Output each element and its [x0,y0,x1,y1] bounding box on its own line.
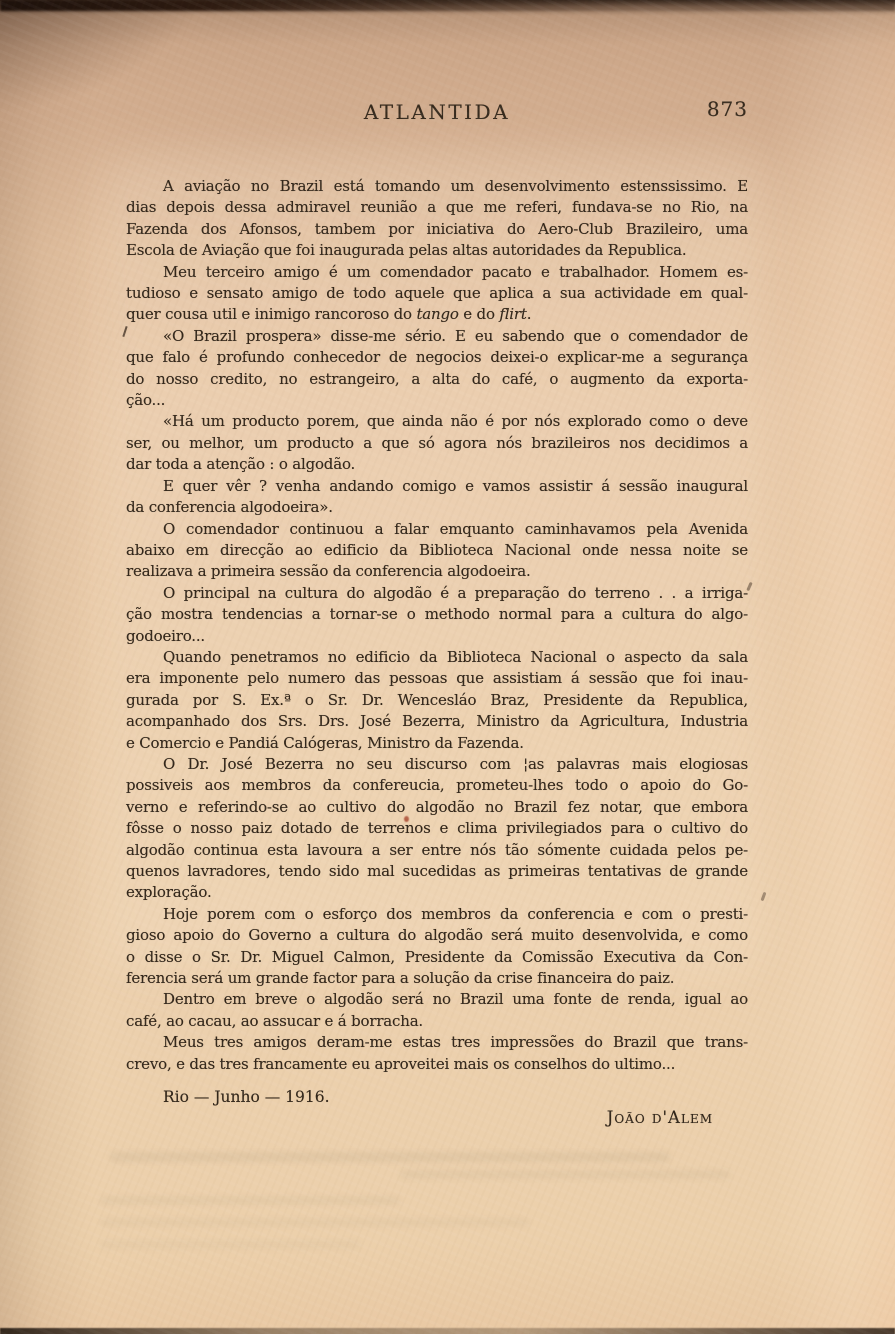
text-segment: gurada por S. Ex.ª o Sr. Dr. Wencesláo B… [126,691,748,709]
text-line: e Comercio e Pandiá Calógeras, Ministro … [126,733,748,754]
text-segment: Fazenda dos Afonsos, tambem por iniciati… [126,220,748,238]
text-segment: quer cousa util e inimigo rancoroso do [126,305,416,323]
text-line: ferencia será um grande factor para a so… [126,968,748,989]
text-segment: . [527,305,532,323]
article-body: A aviação no Brazil está tomando um dese… [126,176,748,1075]
paragraph: «Há um producto porem, que ainda não é p… [126,411,748,475]
text-line: ção... [126,390,748,411]
text-line: «Há um producto porem, que ainda não é p… [126,411,748,432]
text-segment: do nosso credito, no estrangeiro, a alta… [126,370,748,388]
text-line: café, ao cacau, ao assucar e á borracha. [126,1011,748,1032]
journal-title: ATLANTIDA [126,100,748,124]
text-segment: E quer vêr ? venha andando comigo e vamo… [163,477,748,495]
text-line: algodão continua esta lavoura a ser entr… [126,840,748,861]
text-line: gurada por S. Ex.ª o Sr. Dr. Wencesláo B… [126,690,748,711]
text-segment: ção mostra tendencias a tornar-se o meth… [126,605,748,623]
text-segment: e Comercio e Pandiá Calógeras, Ministro … [126,734,524,752]
paragraph: A aviação no Brazil está tomando um dese… [126,176,748,262]
text-segment: O Dr. José Bezerra no seu discurso com ¦… [163,755,748,773]
bleedthrough-smudge [100,1196,400,1205]
text-segment: café, ao cacau, ao assucar e á borracha. [126,1012,423,1030]
text-line: O principal na cultura do algodão é a pr… [126,583,748,604]
text-line: A aviação no Brazil está tomando um dese… [126,176,748,197]
page-scan: ATLANTIDA 873 A aviação no Brazil está t… [0,0,895,1334]
text-segment: ser, ou melhor, um producto a que só ago… [126,434,748,452]
text-line: «O Brazil prospera» disse-me sério. E eu… [126,326,748,347]
dateline: Rio — Junho — 1916. [163,1088,330,1106]
text-segment: o disse o Sr. Dr. Miguel Calmon, Preside… [126,948,748,966]
text-line: acompanhado dos Srs. Drs. José Bezerra, … [126,711,748,732]
paragraph: Quando penetramos no edificio da Bibliot… [126,647,748,754]
text-segment: crevo, e das tres francamente eu aprovei… [126,1055,675,1073]
text-line: O comendador continuou a falar emquanto … [126,519,748,540]
text-line: Escola de Aviação que foi inaugurada pel… [126,240,748,261]
bleedthrough-smudge [100,1218,530,1227]
page-number: 873 [707,97,748,121]
page-header: ATLANTIDA 873 [126,100,748,126]
paragraph: Dentro em breve o algodão será no Brazil… [126,989,748,1032]
text-segment: abaixo em direcção ao edificio da Biblio… [126,541,748,559]
paragraph: «O Brazil prospera» disse-me sério. E eu… [126,326,748,412]
text-segment: exploração. [126,883,212,901]
text-segment: possiveis aos membros da confereucia, pr… [126,776,748,794]
text-segment: O principal na cultura do algodão é a pr… [163,584,748,602]
text-line: tudioso e sensato amigo de todo aquele q… [126,283,748,304]
text-segment: quenos lavradores, tendo sido mal sucedi… [126,862,748,880]
author-signature: João d'Alem [126,1108,713,1127]
text-segment: dar toda a atenção : o algodão. [126,455,355,473]
text-segment: que falo é profundo conhecedor de negoci… [126,348,748,366]
text-line: que falo é profundo conhecedor de negoci… [126,347,748,368]
text-line: ção mostra tendencias a tornar-se o meth… [126,604,748,625]
text-line: dar toda a atenção : o algodão. [126,454,748,475]
text-line: possiveis aos membros da confereucia, pr… [126,775,748,796]
text-segment: Dentro em breve o algodão será no Brazil… [163,990,748,1008]
text-segment: A aviação no Brazil está tomando um dese… [163,177,748,195]
text-line: do nosso credito, no estrangeiro, a alta… [126,369,748,390]
text-segment: Meus tres amigos deram-me estas tres imp… [163,1033,748,1051]
scan-edge-bottom [0,1328,895,1334]
text-line: Fazenda dos Afonsos, tambem por iniciati… [126,219,748,240]
text-segment: da conferencia algodoeira». [126,498,333,516]
text-segment: fôsse o nosso paiz dotado de terrenos e … [126,819,748,837]
text-line: exploração. [126,882,748,903]
text-line: quer cousa util e inimigo rancoroso do t… [126,304,748,325]
text-segment: ção... [126,391,165,409]
italic-text: tango [416,305,458,323]
text-line: gioso apoio do Governo a cultura do algo… [126,925,748,946]
paragraph: O principal na cultura do algodão é a pr… [126,583,748,647]
text-segment: Quando penetramos no edificio da Bibliot… [163,648,748,666]
text-line: realizava a primeira sessão da conferenc… [126,561,748,582]
text-segment: era imponente pelo numero das pessoas qu… [126,669,748,687]
paragraph: O comendador continuou a falar emquanto … [126,519,748,583]
text-line: o disse o Sr. Dr. Miguel Calmon, Preside… [126,947,748,968]
text-line: crevo, e das tres francamente eu aprovei… [126,1054,748,1075]
paragraph: O Dr. José Bezerra no seu discurso com ¦… [126,754,748,904]
text-line: fôsse o nosso paiz dotado de terrenos e … [126,818,748,839]
text-line: era imponente pelo numero das pessoas qu… [126,668,748,689]
text-segment: dias depois dessa admiravel reunião a qu… [126,198,748,216]
text-line: Dentro em breve o algodão será no Brazil… [126,989,748,1010]
text-line: dias depois dessa admiravel reunião a qu… [126,197,748,218]
text-segment: «Há um producto porem, que ainda não é p… [163,412,748,430]
text-line: verno e referindo-se ao cultivo do algod… [126,797,748,818]
text-line: Hoje porem com o esforço dos membros da … [126,904,748,925]
text-segment: O comendador continuou a falar emquanto … [163,520,748,538]
bleedthrough-smudge [110,1152,670,1162]
text-segment: tudioso e sensato amigo de todo aquele q… [126,284,748,302]
bleedthrough-smudge [100,1240,360,1249]
text-segment: realizava a primeira sessão da conferenc… [126,562,531,580]
text-line: Meu terceiro amigo é um comendador pacat… [126,262,748,283]
text-segment: ferencia será um grande factor para a so… [126,969,674,987]
scan-edge-top [0,0,895,11]
text-segment: Escola de Aviação que foi inaugurada pel… [126,241,686,259]
red-speck-artifact [404,816,409,822]
text-segment: Hoje porem com o esforço dos membros da … [163,905,748,923]
text-line: Meus tres amigos deram-me estas tres imp… [126,1032,748,1053]
text-line: abaixo em direcção ao edificio da Biblio… [126,540,748,561]
text-line: E quer vêr ? venha andando comigo e vamo… [126,476,748,497]
text-segment: acompanhado dos Srs. Drs. José Bezerra, … [126,712,748,730]
text-segment: e do [459,305,500,323]
text-line: Quando penetramos no edificio da Bibliot… [126,647,748,668]
text-segment: verno e referindo-se ao cultivo do algod… [126,798,748,816]
paragraph: Hoje porem com o esforço dos membros da … [126,904,748,990]
text-segment: godoeiro... [126,627,205,645]
text-line: ser, ou melhor, um producto a que só ago… [126,433,748,454]
bleedthrough-smudge [400,1170,730,1179]
text-line: quenos lavradores, tendo sido mal sucedi… [126,861,748,882]
text-segment: algodão continua esta lavoura a ser entr… [126,841,748,859]
paragraph: Meus tres amigos deram-me estas tres imp… [126,1032,748,1075]
text-line: godoeiro... [126,626,748,647]
text-segment: gioso apoio do Governo a cultura do algo… [126,926,748,944]
paragraph: E quer vêr ? venha andando comigo e vamo… [126,476,748,519]
italic-text: flirt [499,305,526,323]
text-segment: «O Brazil prospera» disse-me sério. E eu… [163,327,748,345]
text-line: da conferencia algodoeira». [126,497,748,518]
text-segment: Meu terceiro amigo é um comendador pacat… [163,263,748,281]
paragraph: Meu terceiro amigo é um comendador pacat… [126,262,748,326]
text-line: O Dr. José Bezerra no seu discurso com ¦… [126,754,748,775]
